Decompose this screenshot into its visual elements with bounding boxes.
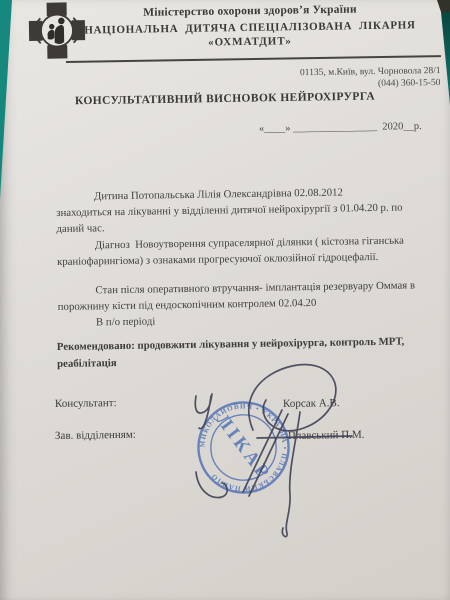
address-line: 01135, м.Київ, вул. Чорновола 28/1 bbox=[300, 66, 441, 78]
consultant-signature-ink bbox=[140, 352, 405, 547]
page-title: КОНСУЛЬТАТИВНИЙ ВИСНОВОК НЕЙРОХІРУРГА bbox=[30, 90, 420, 108]
phone-line: (044) 360-15-50 bbox=[378, 78, 441, 89]
header-rule bbox=[66, 55, 441, 63]
body-text: Дитина Потопальська Лілія Олександрівна … bbox=[56, 183, 428, 331]
photo-of-document: { "scene": { "desk_color": "#11796f", "p… bbox=[0, 0, 450, 600]
date-blank-line: «____» ________________ 2020__р. bbox=[259, 121, 422, 135]
document-paper: Міністерство охорони здоров’я України НА… bbox=[0, 0, 450, 600]
head-of-department-label: Зав. відділенням: bbox=[55, 429, 136, 442]
consultant-label: Консультант: bbox=[55, 397, 117, 410]
ministry-line: Міністерство охорони здоров’я України bbox=[70, 2, 430, 20]
